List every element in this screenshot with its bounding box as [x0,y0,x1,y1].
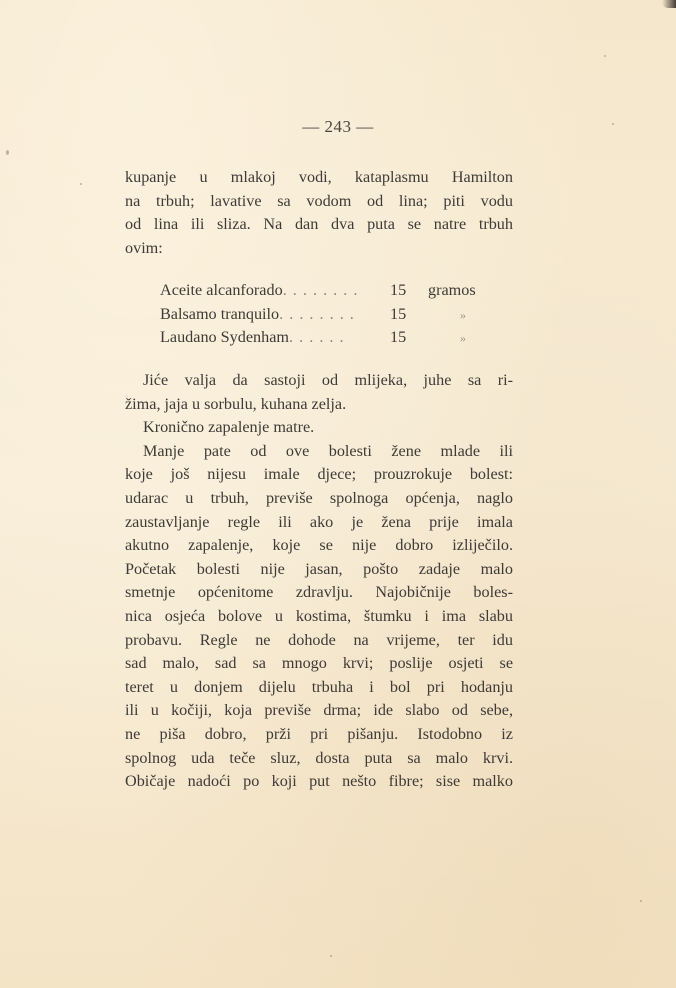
leader-dots: . . . . . . . . [283,281,359,299]
text-line: Početak bolesti nije jasan, pošto zadaje… [125,558,513,582]
ingredient-quantity: 15 [390,279,428,303]
paragraph-bottom: Jiće valja da sastoji od mlijeka, juhe s… [125,369,513,794]
text-line: Jiće valja da sastoji od mlijeka, juhe s… [125,369,513,393]
scan-speck [6,150,9,155]
ingredient-name: Balsamo tranquilo. . . . . . . . [160,303,390,327]
leader-dots: . . . . . . [289,328,345,346]
ingredient-quantity: 15 [390,326,428,350]
text-line: Običaje nadoći po koji put nešto fibre; … [125,770,513,794]
recipe-row: Laudano Sydenham. . . . . . 15 » [160,326,476,350]
book-page: — 243 — kupanje u mlakoj vodi, kataplasm… [0,0,676,988]
recipe-list: Aceite alcanforado. . . . . . . . 15 gra… [160,279,476,350]
ingredient-unit: gramos [428,279,476,303]
leader-dots: . . . . . . . . [279,305,355,323]
text-line: spolnog uda teče sluz, dosta puta sa mal… [125,747,513,771]
text-line: sad malo, sad sa mnogo krvi; poslije osj… [125,652,513,676]
text-line: od lina ili sliza. Na dan dva puta se na… [125,213,513,237]
scan-speck [612,123,614,125]
ingredient-name: Laudano Sydenham. . . . . . [160,326,390,350]
page-corner-shadow [662,0,676,8]
text-line: kupanje u mlakoj vodi, kataplasmu Hamilt… [125,166,513,190]
text-line: ne piša dobro, prži pri pišanju. Istodob… [125,723,513,747]
text-line: žima, jaja u sorbulu, kuhana zelja. [125,393,513,417]
paragraph-top: kupanje u mlakoj vodi, kataplasmu Hamilt… [125,166,513,260]
text-line: nica osjeća bolove u kostima, štumku i i… [125,605,513,629]
text-line: teret u donjem dijelu trbuha i bol pri h… [125,676,513,700]
ingredient-name: Aceite alcanforado. . . . . . . . [160,279,390,303]
scan-speck [604,55,606,57]
text-line: zaustavljanje regle ili ako je žena prij… [125,511,513,535]
text-line: ovim: [125,237,513,261]
text-line: koje još nijesu imale djece; prouzrokuje… [125,463,513,487]
scan-speck [80,183,82,185]
ingredient-quantity: 15 [390,303,428,327]
text-line: akutno zapalenje, koje se nije dobro izl… [125,534,513,558]
text-line: Manje pate od ove bolesti žene mlade ili [125,440,513,464]
text-line: na trbuh; lavative sa vodom od lina; pit… [125,190,513,214]
text-line: ili u kočiji, koja previše drma; ide sla… [125,699,513,723]
text-line: smetnje općenitome zdravlju. Najobičnije… [125,581,513,605]
page-number: — 243 — [0,117,676,137]
ditto-mark: » [428,304,466,328]
text-line: udarac u trbuh, previše spolnoga općenja… [125,487,513,511]
text-line: probavu. Regle ne dohode na vrijeme, ter… [125,629,513,653]
scan-speck [640,900,642,902]
ditto-mark: » [428,327,466,351]
scan-speck [330,955,332,957]
recipe-row: Balsamo tranquilo. . . . . . . . 15 » [160,303,476,327]
section-heading: Kronično zapalenje matre. [125,416,513,440]
recipe-row: Aceite alcanforado. . . . . . . . 15 gra… [160,279,476,303]
